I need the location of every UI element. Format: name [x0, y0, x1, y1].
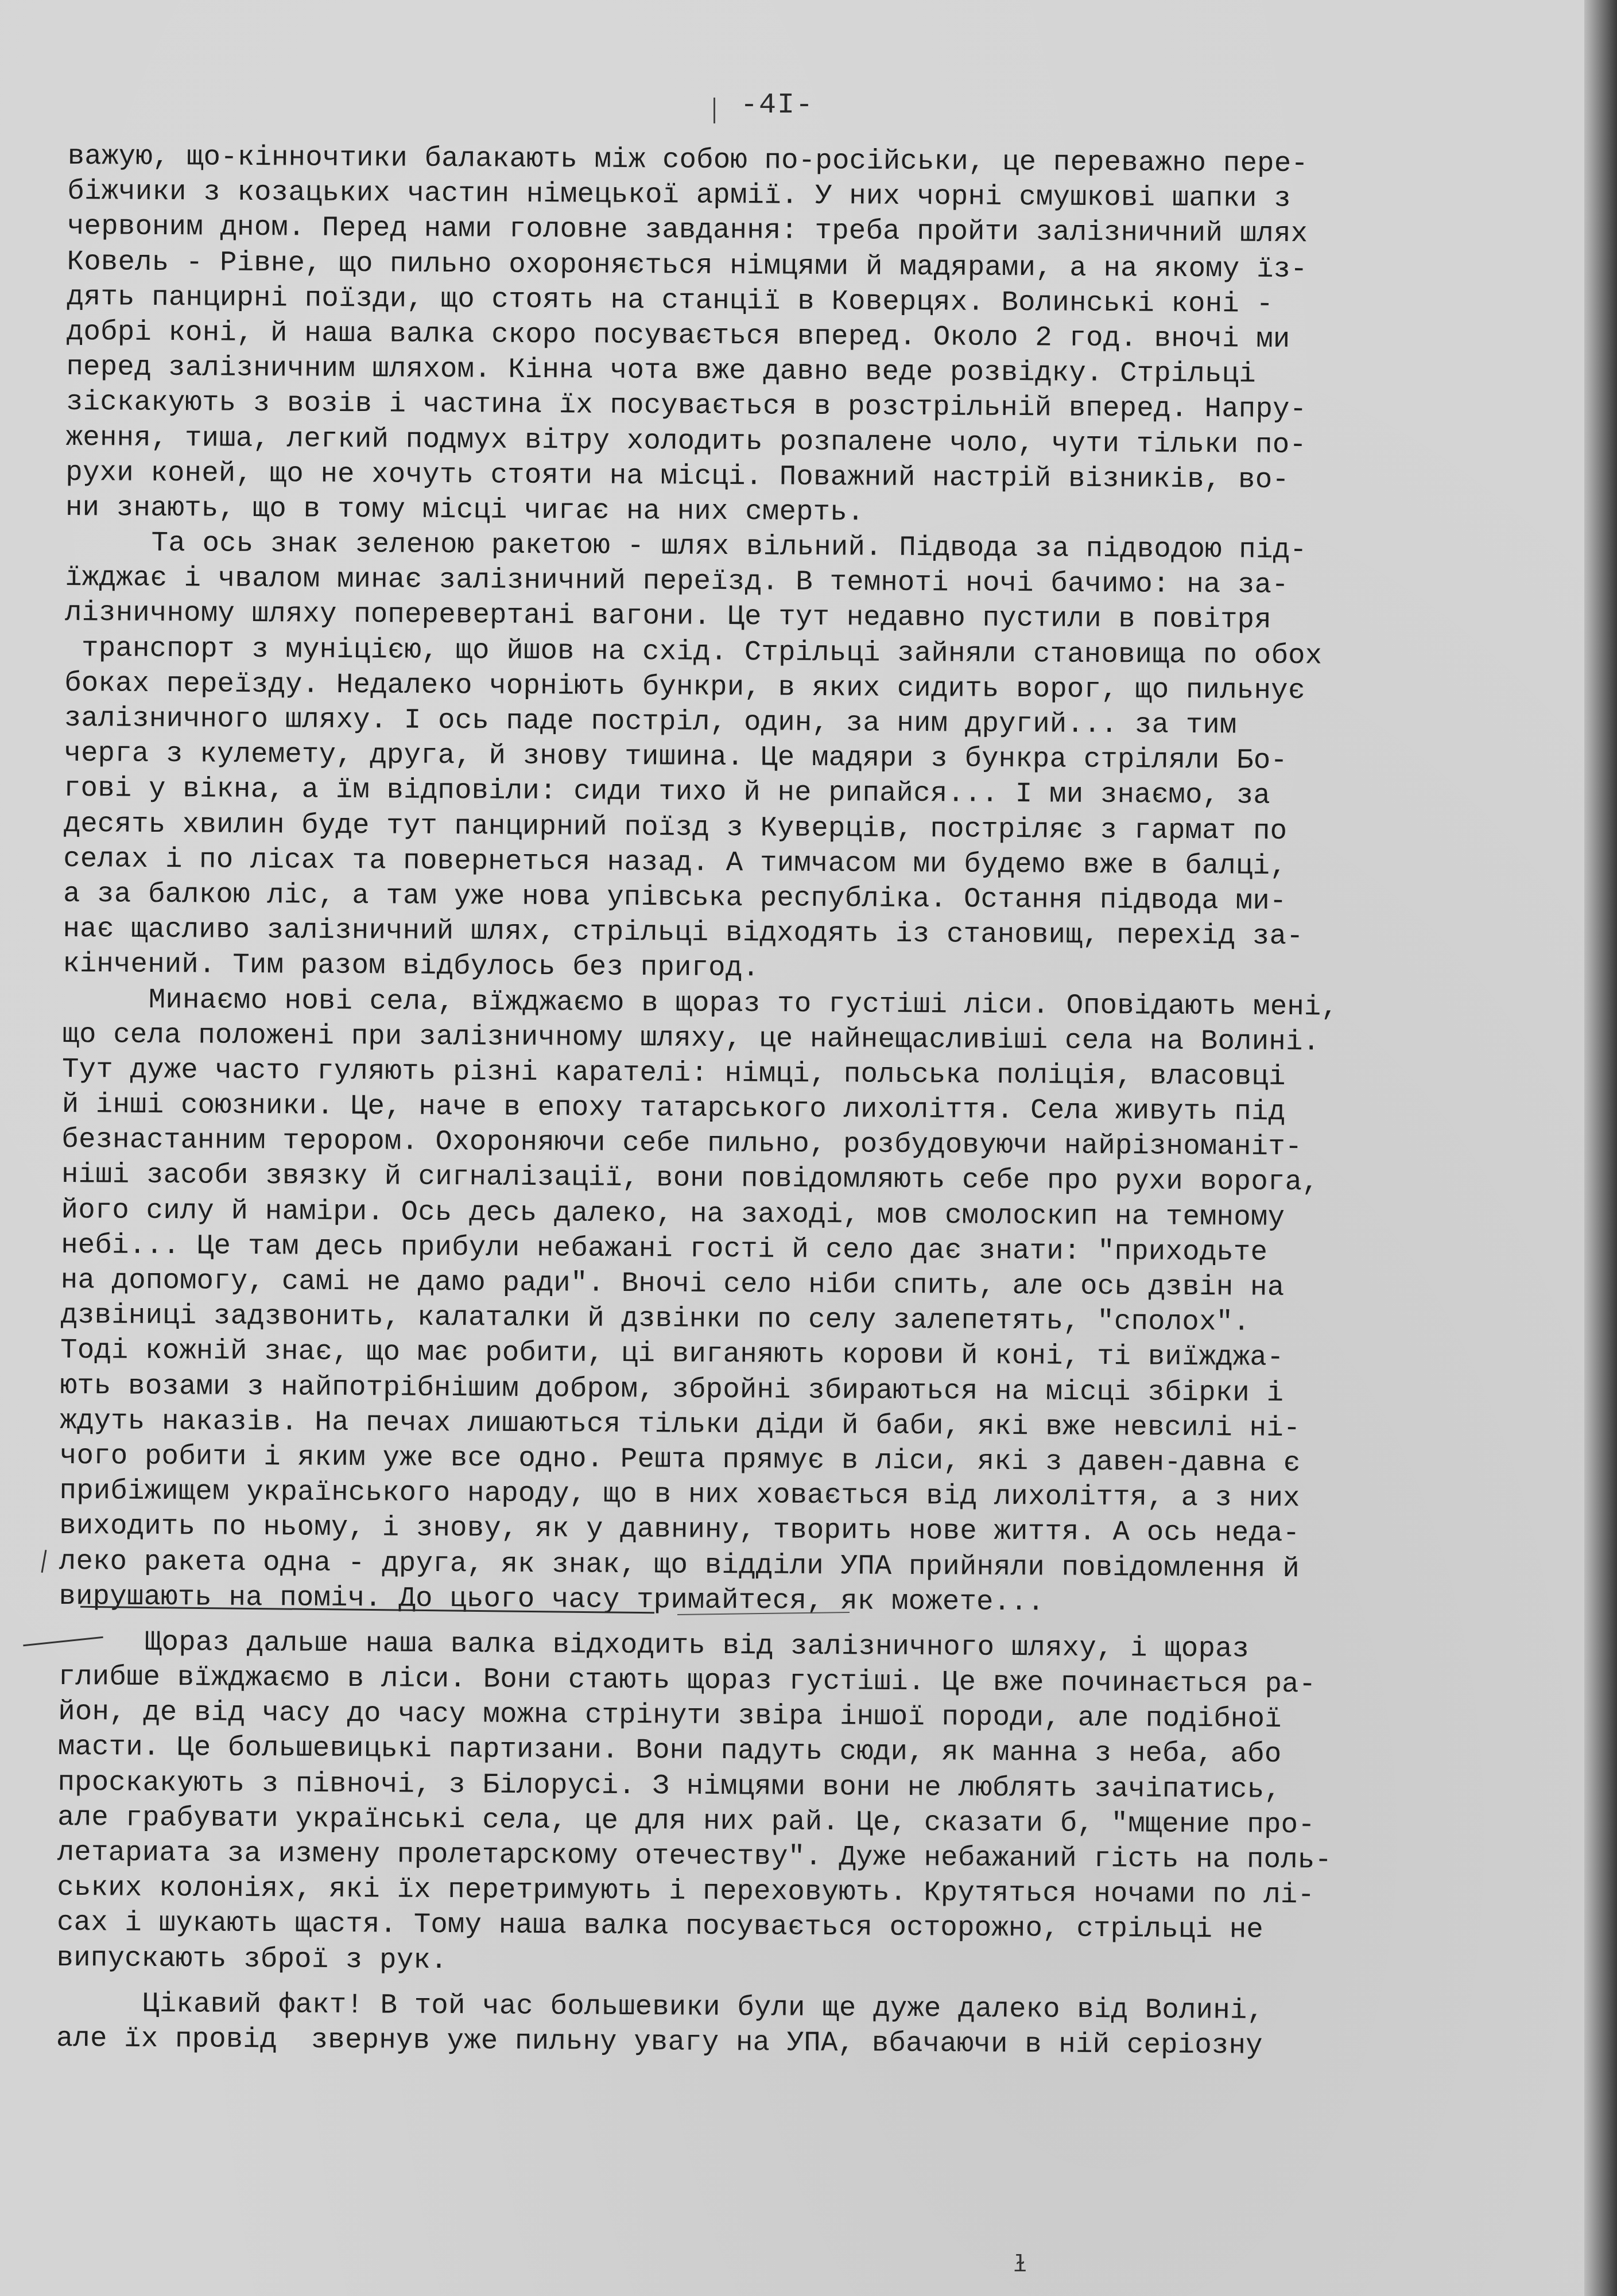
handwritten-margin-tick: [41, 1550, 47, 1573]
scan-page-edge: [1584, 0, 1617, 2296]
page-number: -4I-: [740, 89, 814, 122]
margin-tick-mark: [714, 98, 715, 123]
typewritten-body: важую, що-кінночтики балакають між собою…: [56, 139, 1537, 2065]
document-page: -4I- важую, що-кінночтики балакають між …: [0, 0, 1584, 2296]
bottom-ink-mark: ɫ: [1013, 2253, 1027, 2279]
